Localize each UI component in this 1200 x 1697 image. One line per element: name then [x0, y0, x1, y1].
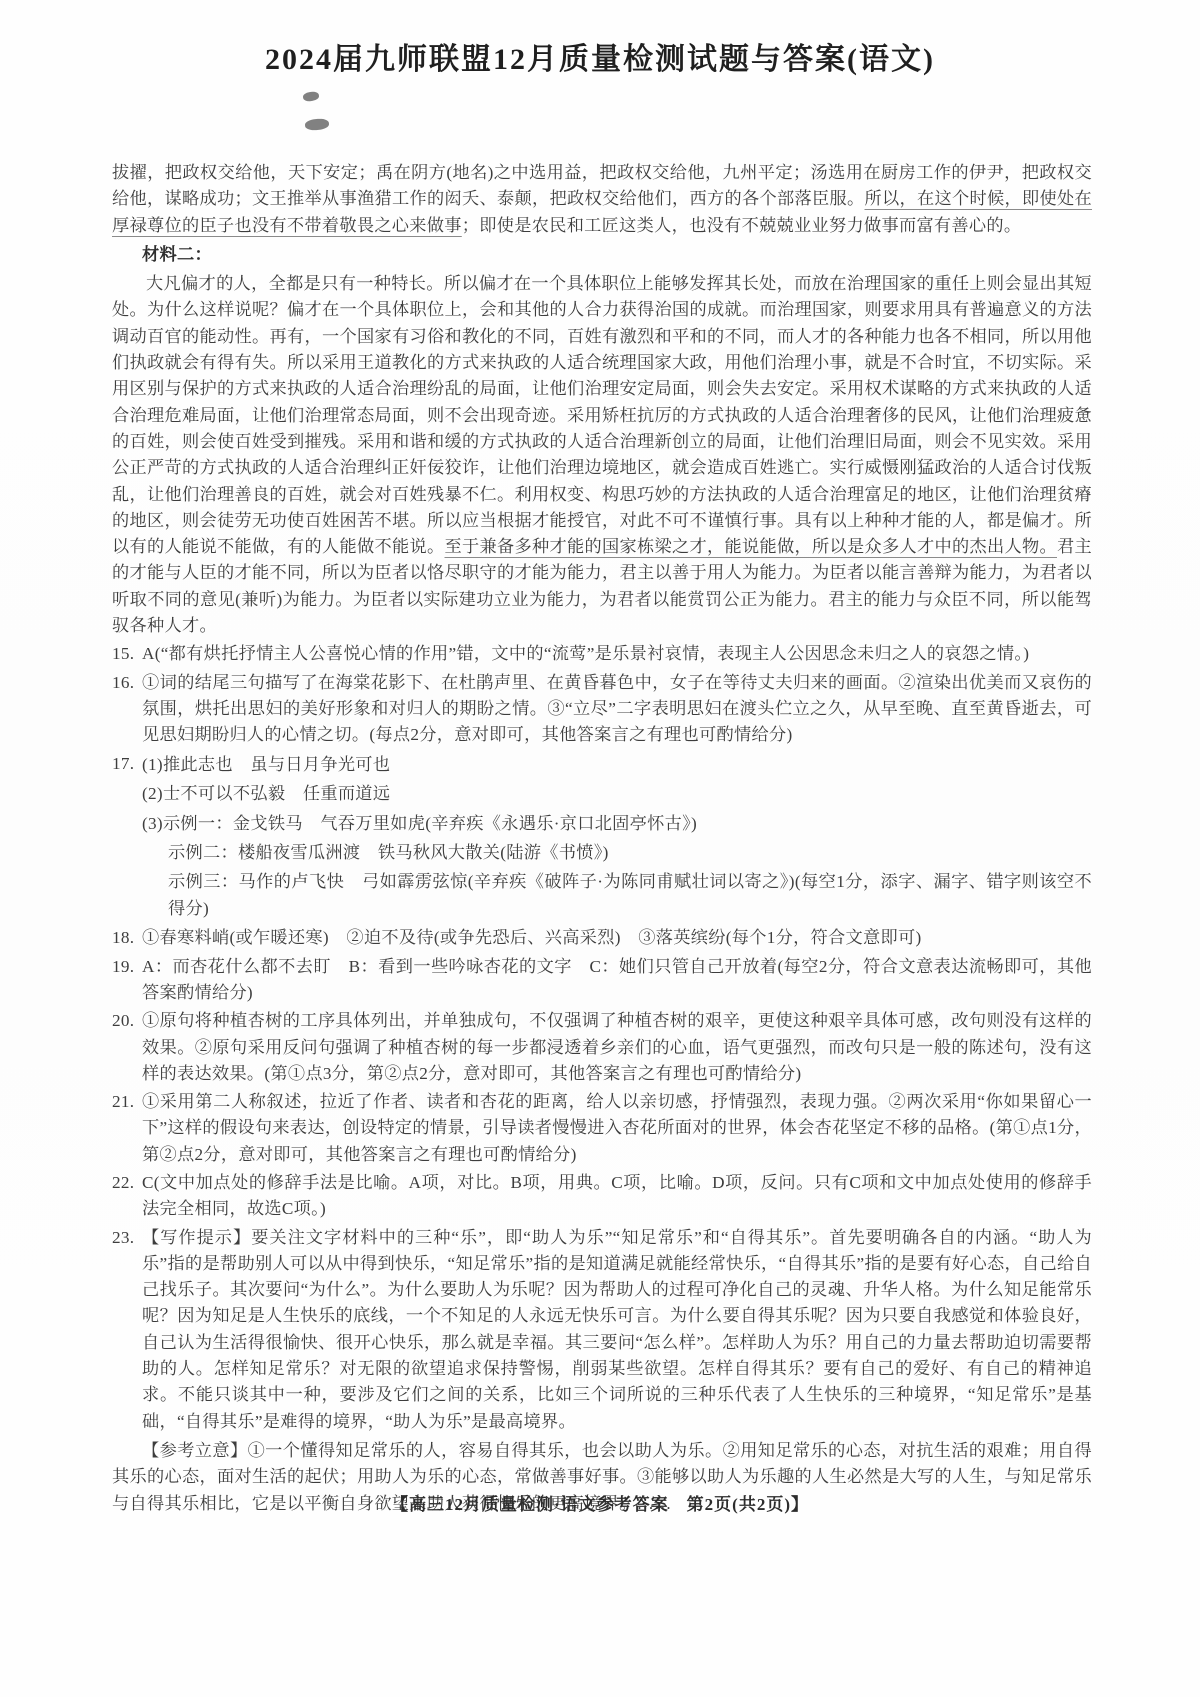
- answer-15-number: 15.: [112, 641, 134, 667]
- answer-20-number: 20.: [112, 1008, 134, 1034]
- material-one-tail-end: ；即使是农民和工匠这类人，也没有不兢兢业业努力做事而富有善心的。: [462, 216, 1022, 235]
- page-title: 2024届九师联盟12月质量检测试题与答案(语文): [0, 34, 1200, 78]
- answer-21-text: ①采用第二人称叙述，拉近了作者、读者和杏花的距离，给人以亲切感，抒情强烈，表现力…: [142, 1092, 1092, 1164]
- answer-18: 18. ①春寒料峭(或乍暖还寒) ②迫不及待(或争先恐后、兴高采烈) ③落英缤纷…: [112, 925, 1092, 951]
- answer-17-line-2: (2)士不可以不弘毅 任重而道远: [142, 780, 1092, 809]
- answer-21: 21. ①采用第二人称叙述，拉近了作者、读者和杏花的距离，给人以亲切感，抒情强烈…: [112, 1089, 1092, 1168]
- answer-19-number: 19.: [112, 954, 134, 980]
- answer-20-text: ①原句将种植杏树的工序具体列出，并单独成句，不仅强调了种植杏树的艰辛，更使这种艰…: [142, 1011, 1092, 1083]
- answer-15: 15. A(“都有烘托抒情主人公喜悦心情的作用”错，文中的“流莺”是乐景衬哀情，…: [112, 641, 1092, 667]
- answer-17-number: 17.: [112, 751, 134, 777]
- page-footer: 【高三12月质量检测·语文参考答案 第2页(共2页)】: [0, 1490, 1200, 1515]
- answer-16: 16. ①词的结尾三句描写了在海棠花影下、在杜鹃声里、在黄昏暮色中，女子在等待丈…: [112, 670, 1092, 749]
- answer-19: 19. A：而杏花什么都不去盯 B：看到一些吟咏杏花的文字 C：她们只管自己开放…: [112, 954, 1092, 1007]
- answer-17-line-3: (3)示例一：金戈铁马 气吞万里如虎(辛弃疾《永遇乐·京口北固亭怀古》): [142, 809, 1092, 838]
- answer-22-number: 22.: [112, 1170, 134, 1196]
- answer-16-text: ①词的结尾三句描写了在海棠花影下、在杜鹃声里、在黄昏暮色中，女子在等待丈夫归来的…: [142, 673, 1092, 745]
- material-two-paragraph: 大凡偏才的人，全都是只有一种特长。所以偏才在一个具体职位上能够发挥其长处，而放在…: [112, 271, 1092, 639]
- answer-21-number: 21.: [112, 1089, 134, 1115]
- material-two-heading: 材料二：: [112, 242, 1092, 268]
- answer-22: 22. C(文中加点处的修辞手法是比喻。A项，对比。B项，用典。C项，比喻。D项…: [112, 1170, 1092, 1223]
- answer-17-line-4: 示例二：楼船夜雪瓜洲渡 铁马秋风大散关(陆游《书愤》): [168, 838, 1092, 867]
- answer-23-text: 【写作提示】要关注文字材料中的三种“乐”，即“助人为乐”“知足常乐”和“自得其乐…: [142, 1228, 1092, 1431]
- ink-smudge: [302, 91, 319, 102]
- answer-22-text: C(文中加点处的修辞手法是比喻。A项，对比。B项，用典。C项，比喻。D项，反问。…: [142, 1173, 1092, 1218]
- answer-15-text: A(“都有烘托抒情主人公喜悦心情的作用”错，文中的“流莺”是乐景衬哀情，表现主人…: [142, 644, 1029, 663]
- answer-17-line-5: 示例三：马作的卢飞快 弓如霹雳弦惊(辛弃疾《破阵子·为陈同甫赋壮词以寄之》)(每…: [168, 868, 1092, 924]
- answer-19-text: A：而杏花什么都不去盯 B：看到一些吟咏杏花的文字 C：她们只管自己开放着(每空…: [142, 957, 1092, 1002]
- answer-23: 23. 【写作提示】要关注文字材料中的三种“乐”，即“助人为乐”“知足常乐”和“…: [112, 1225, 1092, 1435]
- answer-17-line-1: (1)推此志也 虽与日月争光可也: [142, 751, 1092, 780]
- answer-18-text: ①春寒料峭(或乍暖还寒) ②迫不及待(或争先恐后、兴高采烈) ③落英缤纷(每个1…: [142, 928, 922, 947]
- material-two-text: 大凡偏才的人，全都是只有一种特长。所以偏才在一个具体职位上能够发挥其长处，而放在…: [112, 274, 1092, 556]
- scanned-answer-page: 2024届九师联盟12月质量检测试题与答案(语文) 拔擢，把政权交给他，天下安定…: [0, 0, 1200, 1697]
- answer-20: 20. ①原句将种植杏树的工序具体列出，并单独成句，不仅强调了种植杏树的艰辛，更…: [112, 1008, 1092, 1087]
- answer-content: 拔擢，把政权交给他，天下安定；禹在阴方(地名)之中选用益，把政权交给他，九州平定…: [112, 160, 1092, 1517]
- answer-23-number: 23.: [112, 1225, 134, 1251]
- answer-18-number: 18.: [112, 925, 134, 951]
- material-one-tail-paragraph: 拔擢，把政权交给他，天下安定；禹在阴方(地名)之中选用益，把政权交给他，九州平定…: [112, 160, 1092, 239]
- ink-smudge: [305, 118, 330, 131]
- material-two-underlined-text: 至于兼备多种才能的国家栋梁之才，能说能做，所以是众多人才中的杰出人物。: [445, 537, 1058, 556]
- answer-17: 17. (1)推此志也 虽与日月争光可也 (2)士不可以不弘毅 任重而道远 (3…: [112, 751, 1092, 924]
- answer-16-number: 16.: [112, 670, 134, 696]
